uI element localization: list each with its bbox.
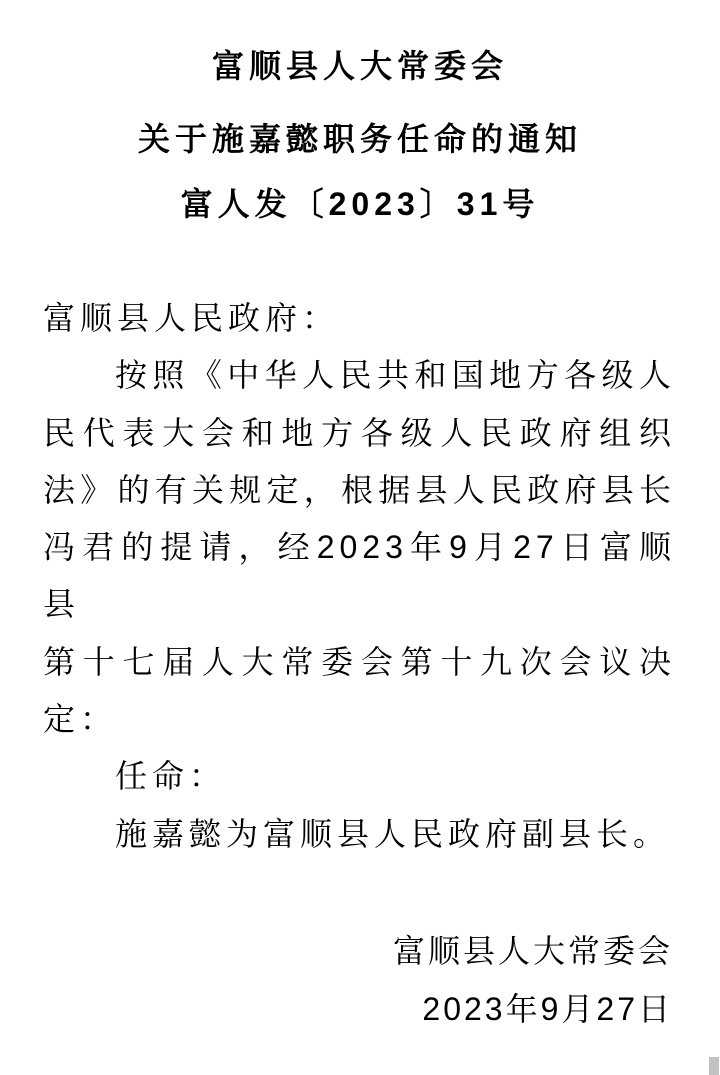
appointment-detail: 施嘉懿为富顺县人民政府副县长。 xyxy=(43,806,676,863)
doc-footer: 富顺县人大常委会 2023年9月27日 xyxy=(0,922,720,1038)
paragraph-line: 定： xyxy=(43,691,676,748)
doc-subject-title: 关于施嘉懿职务任命的通知 xyxy=(0,119,720,159)
scrollbar-thumb[interactable] xyxy=(709,1057,719,1075)
doc-number: 富人发〔2023〕31号 xyxy=(0,184,720,224)
paragraph-line: 法》的有关规定，根据县人民政府县长 xyxy=(43,462,676,519)
doc-issuer-title: 富顺县人大常委会 xyxy=(0,46,720,86)
paragraph-line: 民代表大会和地方各级人民政府组织 xyxy=(43,405,676,462)
salutation-line: 富顺县人民政府： xyxy=(43,290,676,347)
doc-body: 富顺县人民政府： 按照《中华人民共和国地方各级人 民代表大会和地方各级人民政府组… xyxy=(0,290,720,863)
paragraph-line: 冯君的提请，经2023年9月27日富顺县 xyxy=(43,519,676,634)
appointment-label: 任命： xyxy=(43,748,676,805)
document-page: 富顺县人大常委会 关于施嘉懿职务任命的通知 富人发〔2023〕31号 富顺县人民… xyxy=(0,0,720,1075)
signature: 富顺县人大常委会 xyxy=(0,922,673,980)
paragraph-line: 按照《中华人民共和国地方各级人 xyxy=(43,347,676,404)
date: 2023年9月27日 xyxy=(0,980,673,1038)
paragraph-line: 第十七届人大常委会第十九次会议决 xyxy=(43,634,676,691)
